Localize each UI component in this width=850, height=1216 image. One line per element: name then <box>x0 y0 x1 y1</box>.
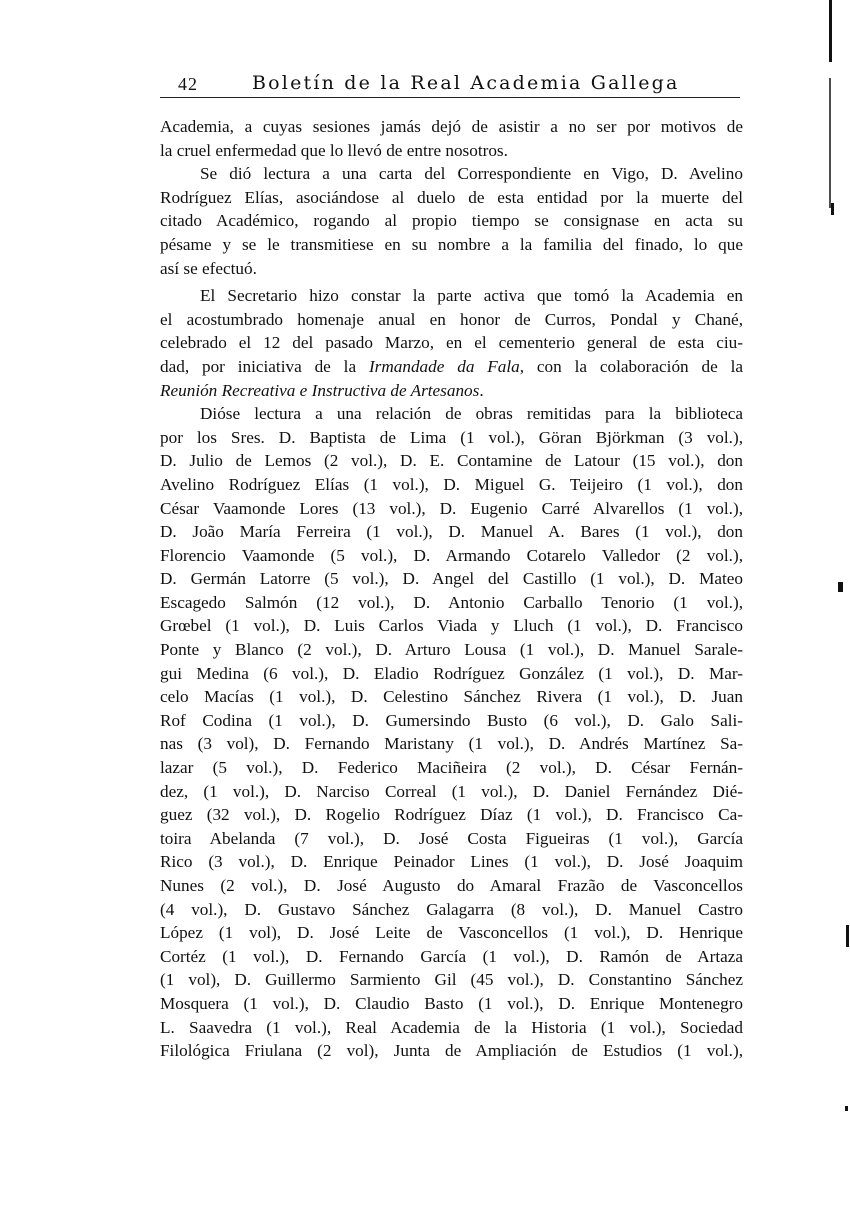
page-header: 42 Boletín de la Real Academia Gallega <box>160 70 740 96</box>
text-line: lazar (5 vol.), D. Federico Maciñeira (2… <box>160 756 743 780</box>
text-line: Se dió lectura a una carta del Correspon… <box>160 162 743 186</box>
text-line: Cortéz (1 vol.), D. Fernando García (1 v… <box>160 945 743 969</box>
text-line: (4 vol.), D. Gustavo Sánchez Galagarra (… <box>160 898 743 922</box>
text-line: celebrado el 12 del pasado Marzo, en el … <box>160 331 743 355</box>
scan-edge-mark <box>829 0 832 62</box>
text-line: gui Medina (6 vol.), D. Eladio Rodríguez… <box>160 662 743 686</box>
text-line: Escagedo Salmón (12 vol.), D. Antonio Ca… <box>160 591 743 615</box>
text-line: Academia, a cuyas sesiones jamás dejó de… <box>160 115 743 139</box>
text-line: dez, (1 vol.), D. Narciso Correal (1 vol… <box>160 780 743 804</box>
text-line-with-italic: dad, por iniciativa de la Irmandade da F… <box>160 355 743 379</box>
text-line: D. Germán Latorre (5 vol.), D. Angel del… <box>160 567 743 591</box>
paragraph-continuation: Academia, a cuyas sesiones jamás dejó de… <box>160 115 743 162</box>
text-line: Rodríguez Elías, asociándose al duelo de… <box>160 186 743 210</box>
scan-edge-mark <box>831 203 834 215</box>
text-line: L. Saavedra (1 vol.), Real Academia de l… <box>160 1016 743 1040</box>
text-line: Grœbel (1 vol.), D. Luis Carlos Viada y … <box>160 614 743 638</box>
text-line: nas (3 vol), D. Fernando Maristany (1 vo… <box>160 732 743 756</box>
text-line: Avelino Rodríguez Elías (1 vol.), D. Mig… <box>160 473 743 497</box>
running-title: Boletín de la Real Academia Gallega <box>252 72 680 94</box>
paragraph-letter-vigo: Se dió lectura a una carta del Correspon… <box>160 162 743 280</box>
text-line: Dióse lectura a una relación de obras re… <box>160 402 743 426</box>
text-line: pésame y se le transmitiese en su nombre… <box>160 233 743 257</box>
paragraph-homenaje: El Secretario hizo constar la parte acti… <box>160 284 743 402</box>
text-line: Nunes (2 vol.), D. José Augusto do Amara… <box>160 874 743 898</box>
text-line: Ponte y Blanco (2 vol.), D. Arturo Lousa… <box>160 638 743 662</box>
text-line: Florencio Vaamonde (5 vol.), D. Armando … <box>160 544 743 568</box>
text-line: Rof Codina (1 vol.), D. Gumersindo Busto… <box>160 709 743 733</box>
text-line: El Secretario hizo constar la parte acti… <box>160 284 743 308</box>
text-line: así se efectuó. <box>160 257 743 281</box>
text-line: Rico (3 vol.), D. Enrique Peinador Lines… <box>160 850 743 874</box>
header-rule <box>160 97 740 98</box>
text-line: César Vaamonde Lores (13 vol.), D. Eugen… <box>160 497 743 521</box>
text-line: la cruel enfermedad que lo llevó de entr… <box>160 139 743 163</box>
text-line: D. Julio de Lemos (2 vol.), D. E. Contam… <box>160 449 743 473</box>
italic-title: Reunión Recreativa e Instructiva de Arte… <box>160 381 479 400</box>
text-line: D. João María Ferreira (1 vol.), D. Manu… <box>160 520 743 544</box>
scan-edge-mark <box>845 1106 848 1111</box>
text-line: citado Académico, rogando al propio tiem… <box>160 209 743 233</box>
text-line: Filológica Friulana (2 vol), Junta de Am… <box>160 1039 743 1063</box>
text-line: López (1 vol), D. José Leite de Vasconce… <box>160 921 743 945</box>
page-number: 42 <box>178 74 198 95</box>
paragraph-donations: Dióse lectura a una relación de obras re… <box>160 402 743 1063</box>
scan-edge-mark <box>846 925 849 947</box>
scan-edge-mark <box>838 582 843 592</box>
text-line: guez (32 vol.), D. Rogelio Rodríguez Día… <box>160 803 743 827</box>
scan-edge-mark <box>829 78 831 208</box>
punctuation: . <box>479 381 483 400</box>
text-line: (1 vol), D. Guillermo Sarmiento Gil (45 … <box>160 968 743 992</box>
text-line: toira Abelanda (7 vol.), D. José Costa F… <box>160 827 743 851</box>
text-line: el acostumbrado homenaje anual en honor … <box>160 308 743 332</box>
body-text: Academia, a cuyas sesiones jamás dejó de… <box>160 115 743 1063</box>
text-line: por los Sres. D. Baptista de Lima (1 vol… <box>160 426 743 450</box>
text-line: celo Macías (1 vol.), D. Celestino Sánch… <box>160 685 743 709</box>
italic-title: Irmandade da Fala <box>369 357 520 376</box>
text-line: Mosquera (1 vol.), D. Claudio Basto (1 v… <box>160 992 743 1016</box>
text-line-italic: Reunión Recreativa e Instructiva de Arte… <box>160 379 743 403</box>
text-fragment: dad, por iniciativa de la Irmandade da F… <box>160 357 743 376</box>
